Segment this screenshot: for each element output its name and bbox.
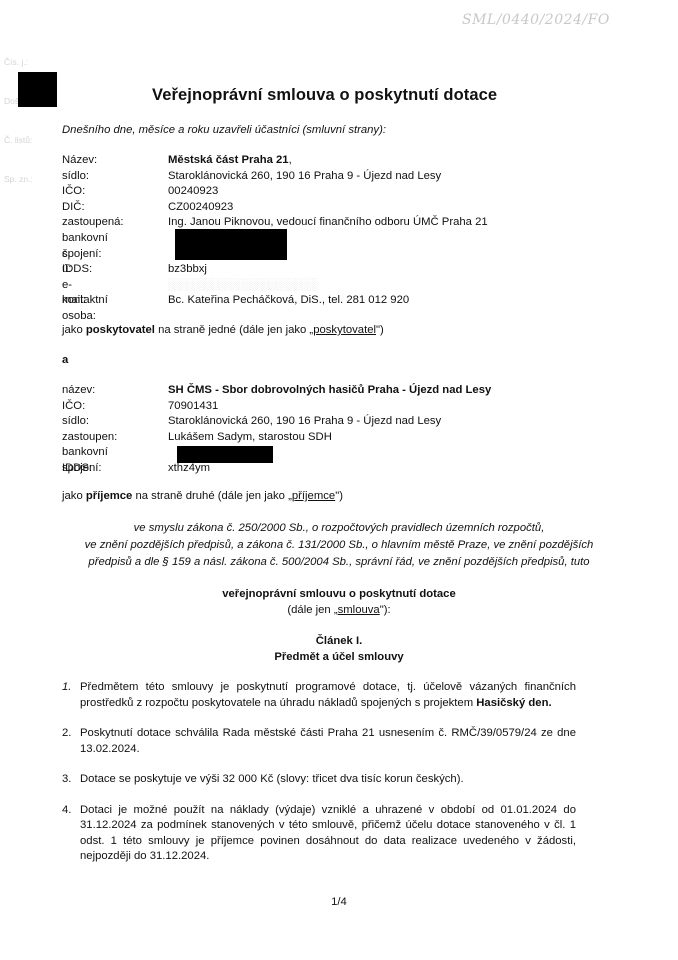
legal-basis-line: předpisů a dle § 159 a násl. zákona č. 5…: [0, 554, 678, 571]
legal-basis: ve smyslu zákona č. 250/2000 Sb., o rozp…: [0, 520, 678, 571]
field-label: IČO:: [62, 399, 85, 415]
handwritten-reference: SML/0440/2024/FO: [462, 12, 610, 28]
project-name: Hasičský den.: [476, 697, 551, 709]
contract-short-name: (dále jen „smlouva"):: [0, 602, 678, 618]
redaction-box-bank-account: [175, 229, 287, 260]
recipient-name: SH ČMS - Sbor dobrovolných hasičů Praha …: [168, 383, 491, 399]
recipient-idds: xthz4ym: [168, 461, 210, 477]
field-label: DIČ:: [62, 200, 85, 216]
provider-ico: 00240923: [168, 184, 218, 200]
provider-role-line: jako poskytovatel na straně jedné (dále …: [62, 324, 384, 336]
recipient-seat: Staroklánovická 260, 190 16 Praha 9 - Új…: [168, 414, 441, 430]
article-heading: Článek I. Předmět a účel smlouvy: [0, 633, 678, 665]
field-label: IČO:: [62, 184, 85, 200]
legal-basis-line: ve smyslu zákona č. 250/2000 Sb., o rozp…: [0, 520, 678, 537]
article-item: 3. Dotace se poskytuje ve výši 32 000 Kč…: [62, 772, 576, 788]
article-title: Předmět a účel smlouvy: [0, 649, 678, 665]
field-label: Název:: [62, 153, 97, 169]
contract-name-line: veřejnoprávní smlouvu o poskytnutí dotac…: [0, 586, 678, 602]
legal-basis-line: ve znění pozdějších předpisů, a zákona č…: [0, 537, 678, 554]
recipient-representative: Lukášem Sadym, starostou SDH: [168, 430, 332, 446]
redaction-box-logo: [18, 72, 57, 107]
conjunction-and: a: [62, 354, 68, 366]
provider-name: Městská část Praha 21: [168, 154, 289, 166]
recipient-role-line: jako příjemce na straně druhé (dále jen …: [62, 490, 343, 502]
stamp-line: Čís. j.:: [4, 56, 33, 69]
article-item: 2. Poskytnutí dotace schválila Rada měst…: [62, 726, 576, 757]
document-title: Veřejnoprávní smlouva o poskytnutí dotac…: [152, 86, 497, 105]
article-items: 1. Předmětem této smlouvy je poskytnutí …: [62, 680, 576, 880]
provider-idds: bz3bbxj: [168, 262, 207, 278]
field-label: zastoupen:: [62, 430, 117, 446]
page-number: 1/4: [0, 896, 678, 908]
stamp-line: Sp. zn.:: [4, 173, 33, 186]
field-label: kontaktní osoba:: [62, 293, 108, 324]
recipient-ico: 70901431: [168, 399, 218, 415]
contract-name: veřejnoprávní smlouvu o poskytnutí dotac…: [0, 586, 678, 618]
article-item: 4. Dotaci je možné použít na náklady (vý…: [62, 803, 576, 865]
provider-seat: Staroklánovická 260, 190 16 Praha 9 - Új…: [168, 169, 441, 185]
provider-contact: Bc. Kateřina Pecháčková, DiS., tel. 281 …: [168, 293, 409, 309]
stamp-line: Č. listů:: [4, 134, 33, 147]
article-item: 1. Předmětem této smlouvy je poskytnutí …: [62, 680, 576, 711]
field-label: IDDS:: [62, 262, 92, 278]
provider-dic: CZ00240923: [168, 200, 233, 216]
field-label: sídlo:: [62, 414, 89, 430]
field-label: sídlo:: [62, 169, 89, 185]
article-number: Článek I.: [0, 633, 678, 649]
intro-text: Dnešního dne, měsíce a roku uzavřeli úča…: [62, 124, 386, 136]
provider-email-faded: ░░░░░░░░░░░░░░░░░░: [168, 278, 317, 294]
field-label: zastoupená:: [62, 215, 124, 231]
field-label: název:: [62, 383, 95, 399]
field-label: IDDS:: [62, 461, 92, 477]
redaction-box-recipient-bank: [177, 446, 273, 463]
faded-stamp: Čís. j.: Došlo: Č. listů: Sp. zn.:: [4, 30, 33, 199]
